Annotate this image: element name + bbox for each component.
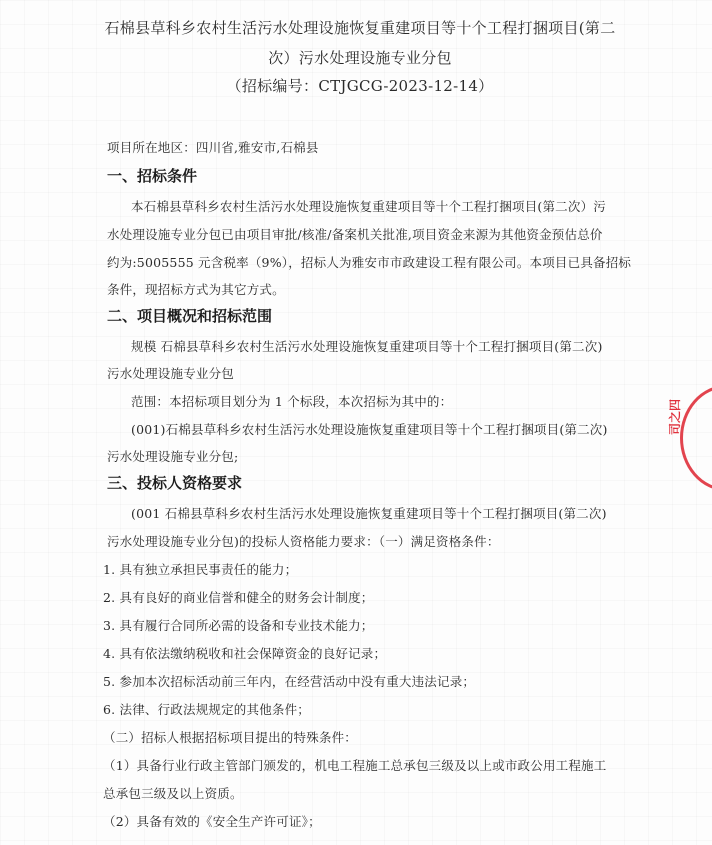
paragraph-line: 规模 石棉县草科乡农村生活污水处理设施恢复重建项目等十个工程打捆项目(第二次) <box>131 337 603 355</box>
paragraph-line: 范围：本招标项目划分为 1 个标段，本次招标为其中的： <box>131 392 452 410</box>
qualification-item: 6. 法律、行政法规规定的其他条件； <box>103 700 310 718</box>
bid-number: （招标编号：CTJGCG-2023-12-14） <box>100 75 620 96</box>
document-title-line-1: 石棉县草科乡农村生活污水处理设施恢复重建项目等十个工程打捆项目(第二 <box>100 17 620 38</box>
special-condition-item: 总承包三级及以上资质。 <box>103 784 243 802</box>
section-heading-bidding-conditions: 一、招标条件 <box>107 165 197 186</box>
paragraph-line: (001)石棉县草科乡农村生活污水处理设施恢复重建项目等十个工程打捆项目(第二次… <box>131 420 608 438</box>
special-condition-item: （1）具备行业行政主管部门颁发的，机电工程施工总承包三级及以上或市政公用工程施工 <box>103 756 606 774</box>
special-conditions-heading: （二）招标人根据招标项目提出的特殊条件： <box>103 728 357 746</box>
section-heading-project-overview: 二、项目概况和招标范围 <box>107 305 272 326</box>
red-seal-stamp <box>680 385 712 491</box>
qualification-item: 3. 具有履行合同所必需的设备和专业技术能力； <box>103 616 374 634</box>
section-heading-bidder-qualifications: 三、投标人资格要求 <box>107 472 242 493</box>
qualification-item: 4. 具有依法缴纳税收和社会保障资金的良好记录； <box>103 644 386 662</box>
paragraph-line: 约为:5005555 元含税率（9%），招标人为雅安市市政建设工程有限公司。本项… <box>107 253 631 271</box>
document-page: 石棉县草科乡农村生活污水处理设施恢复重建项目等十个工程打捆项目(第二 次）污水处… <box>0 0 712 845</box>
paragraph-line: 水处理设施专业分包已由项目审批/核准/备案机关批准,项目资金来源为其他资金预估总… <box>107 225 603 243</box>
document-title-line-2: 次）污水处理设施专业分包 <box>100 47 620 68</box>
paragraph-line: 本石棉县草科乡农村生活污水处理设施恢复重建项目等十个工程打捆项目(第二次）污 <box>131 197 606 215</box>
paragraph-line: (001 石棉县草科乡农村生活污水处理设施恢复重建项目等十个工程打捆项目(第二次… <box>131 504 607 522</box>
stamp-text: 司之四 <box>667 421 683 435</box>
qualification-item: 1. 具有独立承担民事责任的能力； <box>103 560 297 578</box>
special-condition-item: （2）具备有效的《安全生产许可证》； <box>103 812 321 830</box>
qualification-item: 5. 参加本次招标活动前三年内，在经营活动中没有重大违法记录； <box>103 672 475 690</box>
project-region: 项目所在地区：四川省,雅安市,石棉县 <box>107 138 319 156</box>
paragraph-line: 污水处理设施专业分包 <box>107 364 234 382</box>
qualification-item: 2. 具有良好的商业信誉和健全的财务会计制度； <box>103 588 374 606</box>
paragraph-line: 污水处理设施专业分包; <box>107 447 238 465</box>
paragraph-line: 条件，现招标方式为其它方式。 <box>107 280 285 298</box>
paragraph-line: 污水处理设施专业分包)的投标人资格能力要求：（一）满足资格条件： <box>107 532 500 550</box>
